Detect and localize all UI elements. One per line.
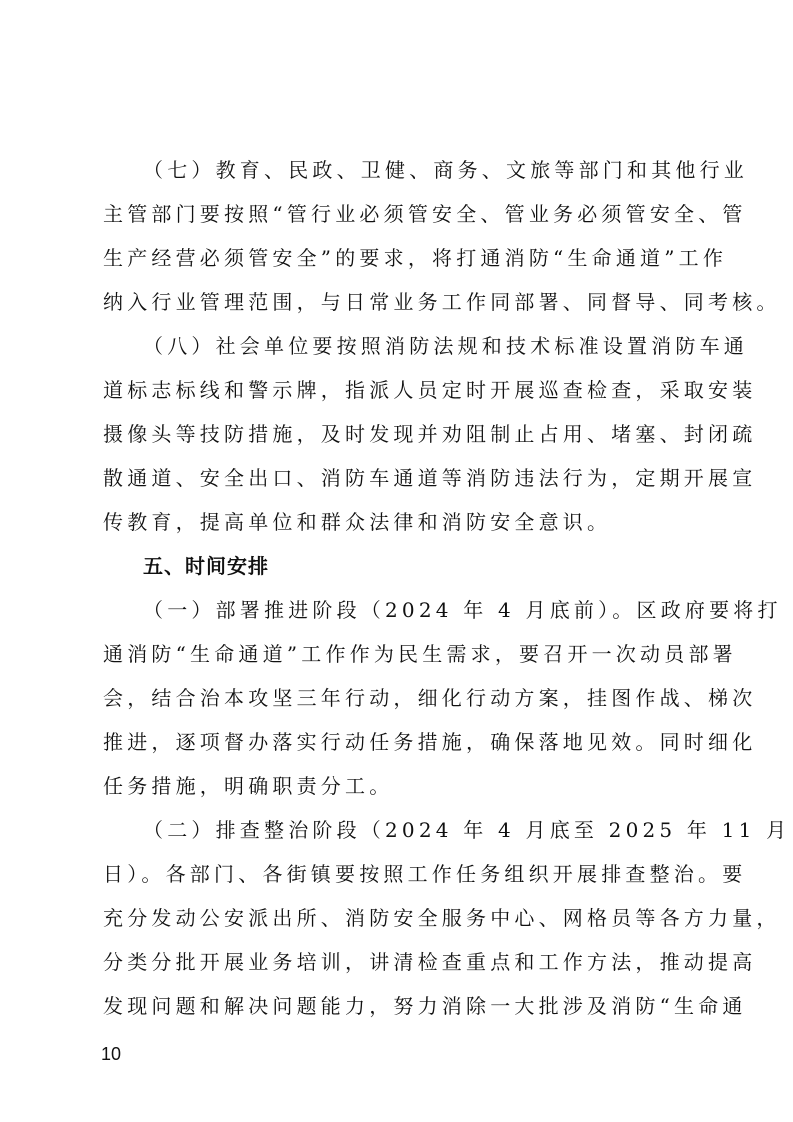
text-line: 通消防“生命通道”工作作为民生需求，要召开一次动员部署 — [103, 634, 723, 674]
text-line: （八）社会单位要按照消防法规和技术标准设置消防车通 — [143, 326, 723, 366]
text-line: 推进，逐项督办落实行动任务措施，确保落地见效。同时细化 — [103, 722, 723, 762]
text-line: （七）教育、民政、卫健、商务、文旅等部门和其他行业 — [143, 150, 723, 190]
text-line: 日）。各部门、各街镇要按照工作任务组织开展排查整治。要 — [103, 854, 723, 894]
text-line: 道标志标线和警示牌，指派人员定时开展巡查检查，采取安装 — [103, 370, 723, 410]
text-line: 主管部门要按照“管行业必须管安全、管业务必须管安全、管 — [103, 194, 723, 234]
text-line: 充分发动公安派出所、消防安全服务中心、网格员等各方力量， — [103, 898, 723, 938]
page-number: 10 — [101, 1043, 121, 1065]
section-heading: 五、时间安排 — [143, 546, 269, 586]
text-line: 摄像头等技防措施，及时发现并劝阻制止占用、堵塞、封闭疏 — [103, 414, 723, 454]
text-line: 分类分批开展业务培训，讲清检查重点和工作方法，推动提高 — [103, 942, 723, 982]
document-page: （七）教育、民政、卫健、商务、文旅等部门和其他行业 主管部门要按照“管行业必须管… — [0, 0, 793, 1122]
text-line: 任务措施，明确职责分工。 — [103, 766, 723, 806]
text-line: （一）部署推进阶段（2024 年 4 月底前）。区政府要将打 — [143, 590, 723, 630]
text-line: 散通道、安全出口、消防车通道等消防违法行为，定期开展宣 — [103, 458, 723, 498]
text-line: （二）排查整治阶段（2024 年 4 月底至 2025 年 11 月 15 — [143, 810, 723, 850]
text-line: 发现问题和解决问题能力，努力消除一大批涉及消防“生命通 — [103, 986, 723, 1026]
text-line: 会，结合治本攻坚三年行动，细化行动方案，挂图作战、梯次 — [103, 678, 723, 718]
text-line: 纳入行业管理范围，与日常业务工作同部署、同督导、同考核。 — [103, 282, 723, 322]
text-line: 传教育，提高单位和群众法律和消防安全意识。 — [103, 502, 723, 542]
text-line: 生产经营必须管安全”的要求，将打通消防“生命通道”工作 — [103, 238, 723, 278]
